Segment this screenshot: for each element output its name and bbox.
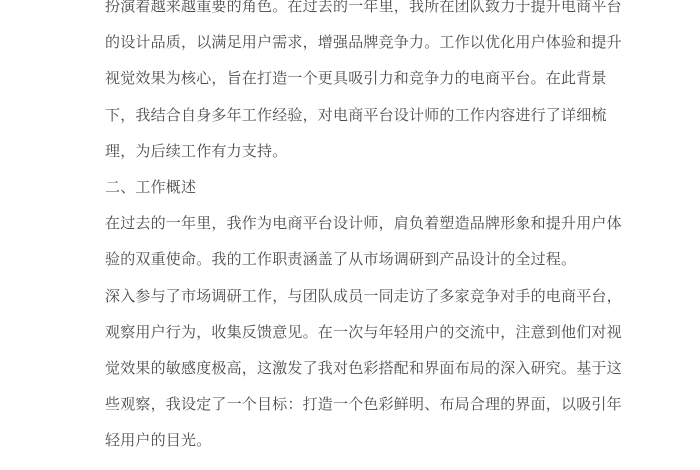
- paragraph-line: 些观察，我设定了一个目标：打造一个色彩鲜明、布局合理的界面，以吸引年: [105, 386, 595, 422]
- paragraph-line: 观察用户行为，收集反馈意见。在一次与年轻用户的交流中，注意到他们对视: [105, 314, 595, 350]
- paragraph-line: 的设计品质，以满足用户需求，增强品牌竞争力。工作以优化用户体验和提升: [105, 24, 595, 60]
- paragraph-line: 觉效果的敏感度极高，这激发了我对色彩搭配和界面布局的深入研究。基于这: [105, 350, 595, 386]
- paragraph-line: 验的双重使命。我的工作职责涵盖了从市场调研到产品设计的全过程。: [105, 241, 595, 277]
- section-heading: 二、工作概述: [105, 169, 595, 205]
- document-body: 扮演着越来越重要的角色。在过去的一年里，我所在团队致力于提升电商平台 的设计品质…: [105, 0, 595, 458]
- paragraph-line: 下，我结合自身多年工作经验，对电商平台设计师的工作内容进行了详细梳: [105, 97, 595, 133]
- paragraph-line: 深入参与了市场调研工作，与团队成员一同走访了多家竞争对手的电商平台，: [105, 278, 595, 314]
- paragraph-line: 扮演着越来越重要的角色。在过去的一年里，我所在团队致力于提升电商平台: [105, 0, 595, 24]
- paragraph-line: 在过去的一年里，我作为电商平台设计师，肩负着塑造品牌形象和提升用户体: [105, 205, 595, 241]
- paragraph-line: 理，为后续工作有力支持。: [105, 133, 595, 169]
- paragraph-line: 轻用户的目光。: [105, 422, 595, 458]
- paragraph-line: 视觉效果为核心，旨在打造一个更具吸引力和竞争力的电商平台。在此背景: [105, 60, 595, 96]
